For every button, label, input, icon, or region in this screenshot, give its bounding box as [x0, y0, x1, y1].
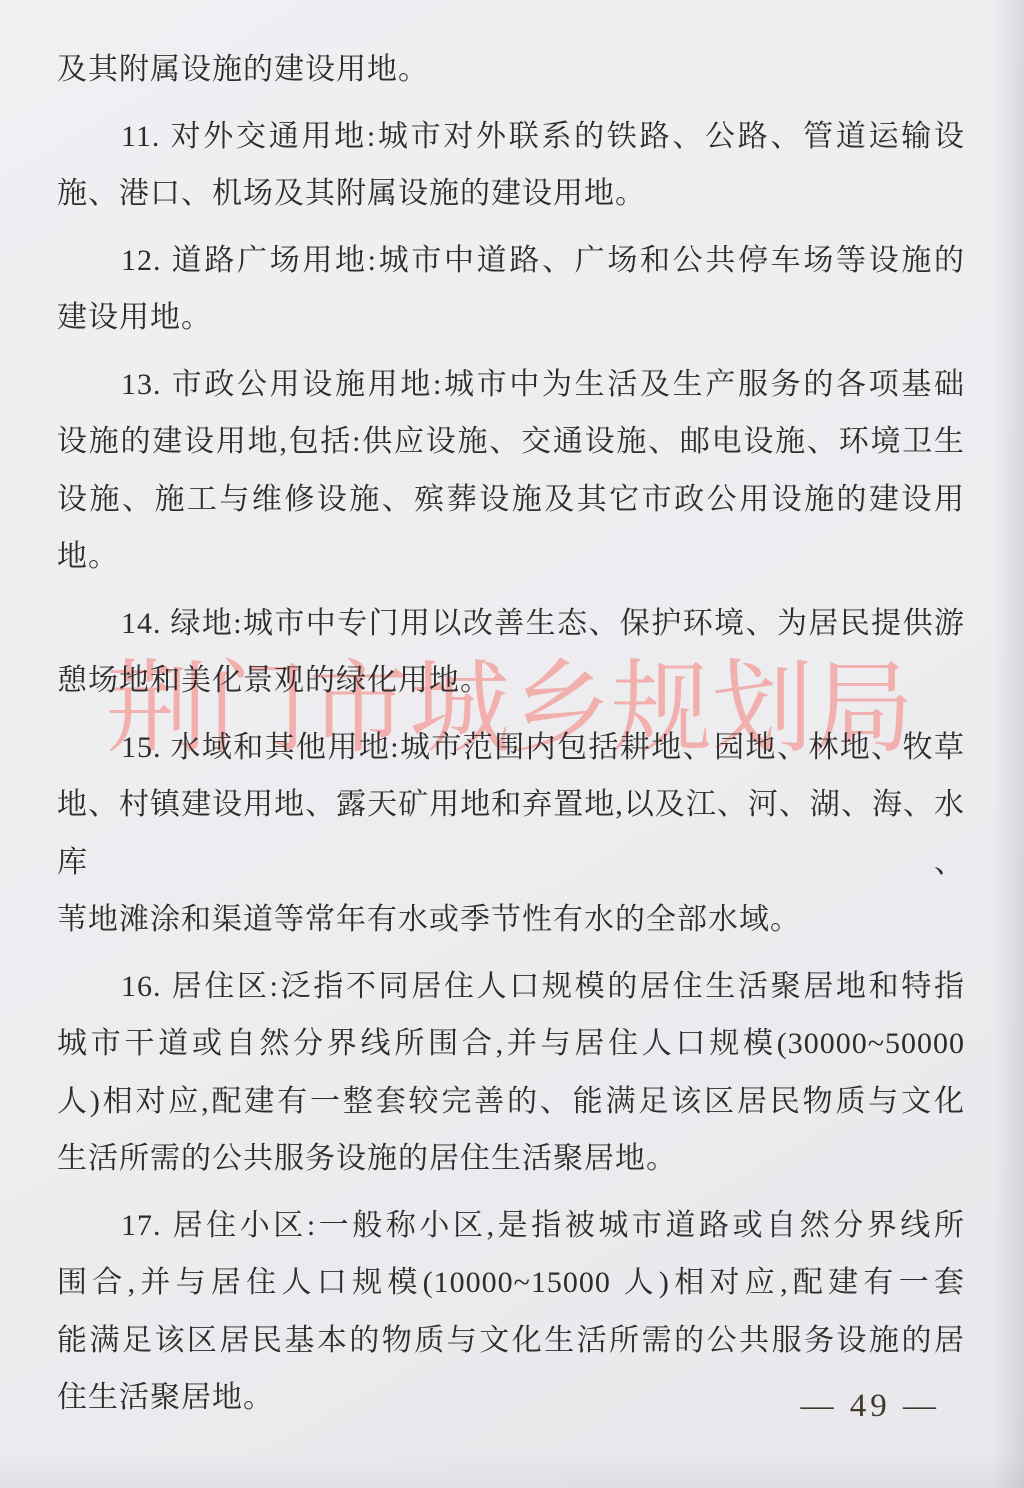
text-line: 能满足该区居民基本的物质与文化生活所需的公共服务设施的居 [57, 1312, 965, 1370]
text-line: 12. 道路广场用地:城市中道路、广场和公共停车场等设施的 [57, 232, 965, 290]
text-line: 围合,并与居住人口规模(10000~15000 人)相对应,配建有一套 [57, 1254, 965, 1312]
continuation-paragraph: 及其附属设施的建设用地。 [57, 41, 965, 99]
text-line: 人)相对应,配建有一整套较完善的、能满足该区居民物质与文化 [57, 1073, 965, 1131]
text-line: 生活所需的公共服务设施的居住生活聚居地。 [57, 1130, 965, 1188]
document-body: 及其附属设施的建设用地。 11. 对外交通用地:城市对外联系的铁路、公路、管道运… [57, 41, 965, 1427]
definition-13: 13. 市政公用设施用地:城市中为生活及生产服务的各项基础 设施的建设用地,包括… [57, 356, 965, 586]
text-line: 地。 [57, 528, 965, 586]
scan-page: 荆门市城乡规划局 及其附属设施的建设用地。 11. 对外交通用地:城市对外联系的… [0, 0, 1024, 1488]
definition-11: 11. 对外交通用地:城市对外联系的铁路、公路、管道运输设 施、港口、机场及其附… [57, 108, 965, 223]
text-line: 城市干道或自然分界线所围合,并与居住人口规模(30000~50000 [57, 1015, 965, 1073]
page-number: — 49 — [801, 1388, 941, 1425]
definition-14: 14. 绿地:城市中专门用以改善生态、保护环境、为居民提供游 憩场地和美化景观的… [57, 595, 965, 710]
text-line: 11. 对外交通用地:城市对外联系的铁路、公路、管道运输设 [57, 108, 965, 166]
text-line: 及其附属设施的建设用地。 [57, 41, 965, 99]
text-line: 设施、施工与维修设施、殡葬设施及其它市政公用设施的建设用 [57, 471, 965, 529]
text-line: 设施的建设用地,包括:供应设施、交通设施、邮电设施、环境卫生 [57, 413, 965, 471]
text-line: 施、港口、机场及其附属设施的建设用地。 [57, 165, 965, 223]
text-line: 地、村镇建设用地、露天矿用地和弃置地,以及江、河、湖、海、水库、 [57, 776, 965, 891]
definition-16: 16. 居住区:泛指不同居住人口规模的居住生活聚居地和特指 城市干道或自然分界线… [57, 958, 965, 1188]
text-line: 憩场地和美化景观的绿化用地。 [57, 652, 965, 710]
text-line: 17. 居住小区:一般称小区,是指被城市道路或自然分界线所 [57, 1197, 965, 1255]
text-line: 苇地滩涂和渠道等常年有水或季节性有水的全部水域。 [57, 891, 965, 949]
text-line: 15. 水域和其他用地:城市范围内包括耕地、园地、林地、牧草 [57, 719, 965, 777]
definition-12: 12. 道路广场用地:城市中道路、广场和公共停车场等设施的 建设用地。 [57, 232, 965, 347]
definition-15: 15. 水域和其他用地:城市范围内包括耕地、园地、林地、牧草 地、村镇建设用地、… [57, 719, 965, 949]
text-line: 16. 居住区:泛指不同居住人口规模的居住生活聚居地和特指 [57, 958, 965, 1016]
text-line: 14. 绿地:城市中专门用以改善生态、保护环境、为居民提供游 [57, 595, 965, 653]
text-line: 13. 市政公用设施用地:城市中为生活及生产服务的各项基础 [57, 356, 965, 414]
text-line: 建设用地。 [57, 289, 965, 347]
